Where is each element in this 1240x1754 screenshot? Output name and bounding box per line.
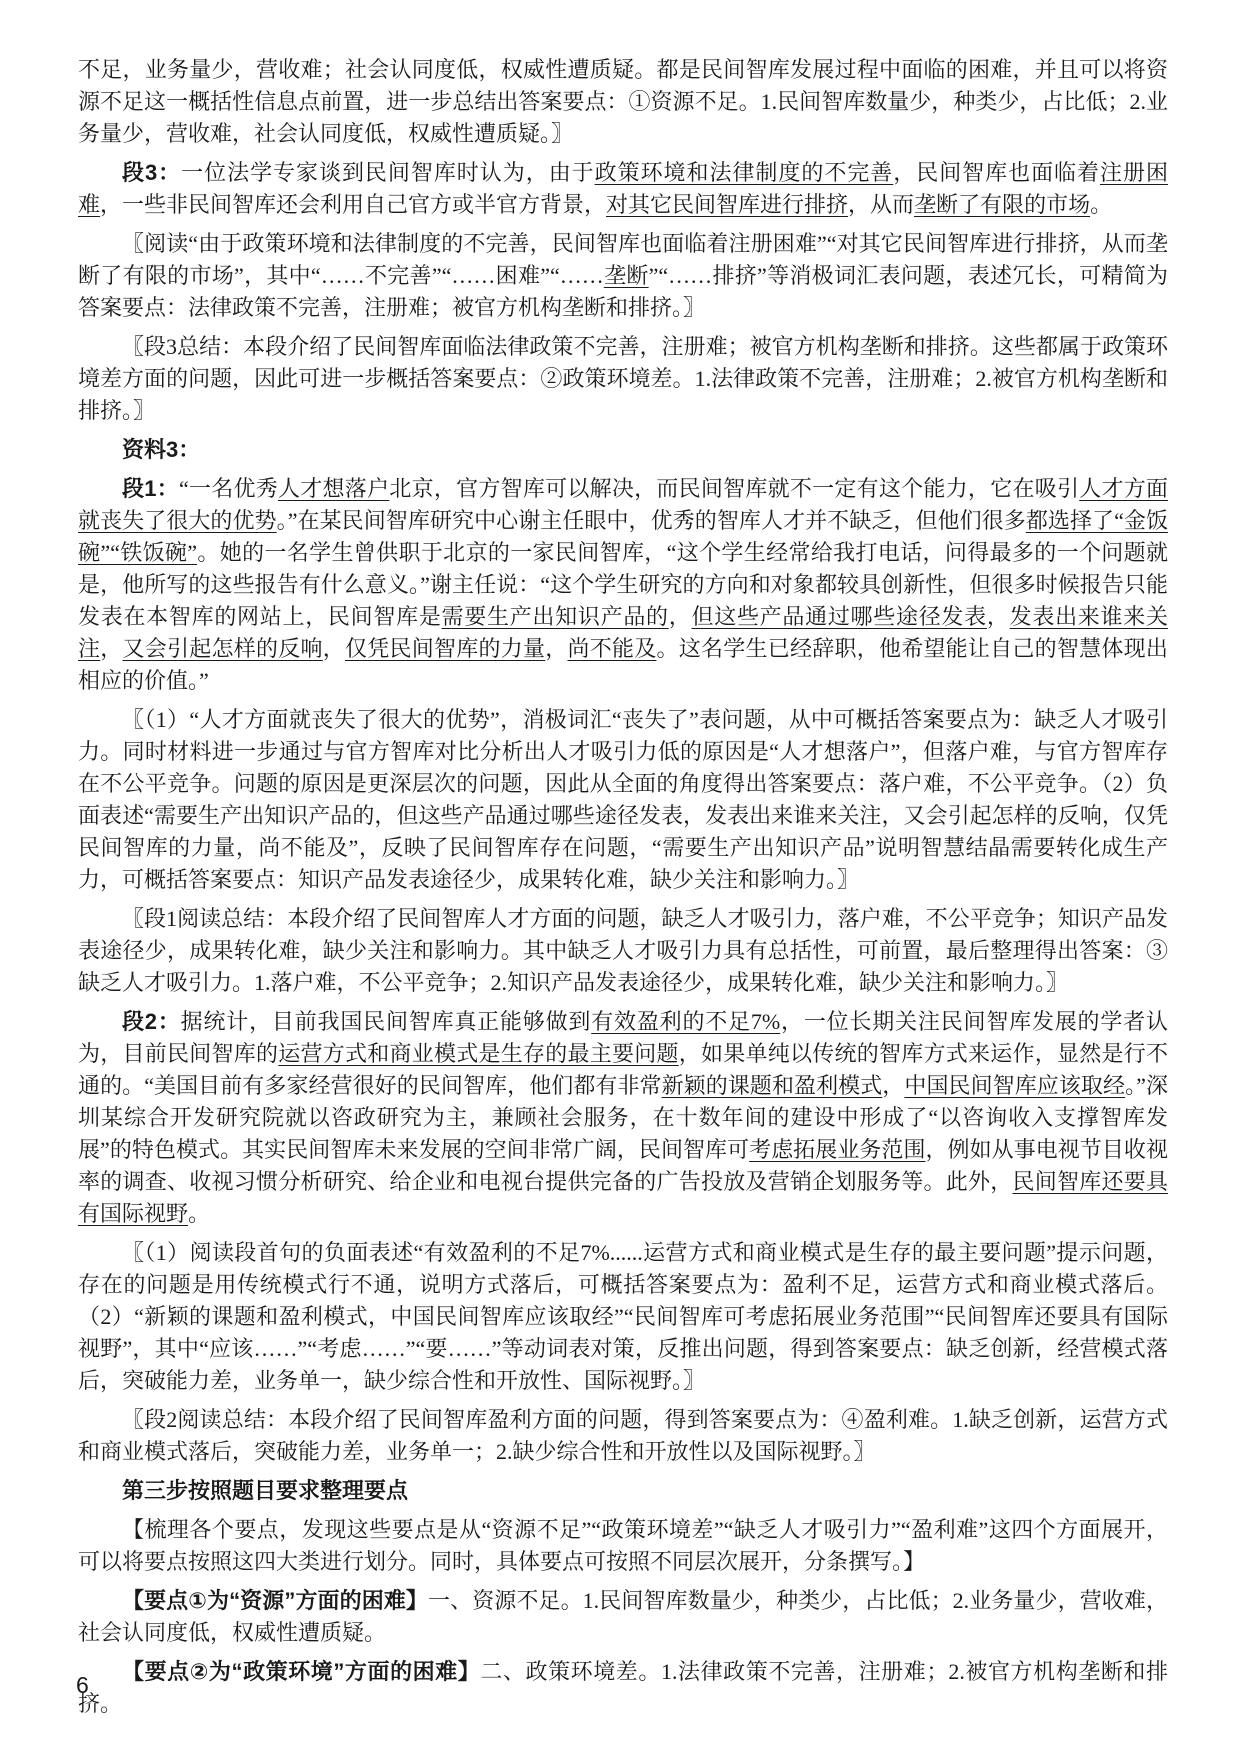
paragraph: 〖（1）阅读段首句的负面表述“有效盈利的不足7%......运营方式和商业模式是… <box>78 1237 1168 1397</box>
paragraph: 资料3： <box>78 434 1168 466</box>
underlined-run: 仅凭民间智库的力量 <box>345 636 545 661</box>
bold-run: 段3： <box>122 160 181 185</box>
underlined-run: 中国民间智库应该取经 <box>904 1073 1125 1098</box>
bold-run: 段1： <box>122 476 179 501</box>
text-run: “一名优秀 <box>179 476 278 501</box>
text-run: ， <box>100 636 122 661</box>
paragraph: 段2：据统计，目前我国民间智库真正能够做到有效盈利的不足7%，一位长期关注民间智… <box>78 1006 1168 1230</box>
paragraph: 〖（1）“人才方面就丧失了很大的优势”，消极词汇“丧失了”表问题，从中可概括答案… <box>78 704 1168 896</box>
underlined-run: 又会引起怎样的反响 <box>123 636 323 661</box>
page-number: 6 <box>76 1672 89 1699</box>
document-page: 不足，业务量少，营收难；社会认同度低，权威性遭质疑。都是民间智库发展过程中面临的… <box>0 0 1240 1754</box>
underlined-run: 但这些产品通过哪些途径发表 <box>692 604 987 629</box>
text-run: 〖（1）阅读段首句的负面表述“有效盈利的不足7%......运营方式和商业模式是… <box>78 1240 1168 1393</box>
underlined-run: 需要生产出知识产品的 <box>442 604 669 629</box>
text-run: 〖（1）“人才方面就丧失了很大的优势”，消极词汇“丧失了”表问题，从中可概括答案… <box>78 707 1168 892</box>
text-run: ， <box>545 636 567 661</box>
document-body: 不足，业务量少，营收难；社会认同度低，权威性遭质疑。都是民间智库发展过程中面临的… <box>78 54 1168 1727</box>
underlined-run: 政策环境和法律制度的不完善 <box>595 160 894 185</box>
paragraph: 〖段2阅读总结：本段介绍了民间智库盈利方面的问题，得到答案要点为：④盈利难。1.… <box>78 1404 1168 1468</box>
text-run: 不足，业务量少，营收难；社会认同度低，权威性遭质疑。都是民间智库发展过程中面临的… <box>78 57 1168 146</box>
underlined-run: 垄断了有限的市场 <box>914 192 1090 217</box>
underlined-run: 有效盈利的不足7% <box>591 1009 780 1034</box>
bold-run: 【要点①为“资源”方面的困难】 <box>122 1588 428 1613</box>
underlined-run: 对其它民间智库进行排挤 <box>606 192 848 217</box>
bold-run: 第三步按照题目要求整理要点 <box>122 1478 408 1503</box>
underlined-run: 人才想落户 <box>278 476 389 501</box>
text-run: ，一些非民间智库还会利用自己官方或半官方背景， <box>100 192 606 217</box>
text-run: ，民间智库也面临着 <box>893 160 1100 185</box>
paragraph: 【梳理各个要点，发现这些要点是从“资源不足”“政策环境差”“缺乏人才吸引力”“盈… <box>78 1514 1168 1578</box>
text-run: 〖段3总结：本段介绍了民间智库面临法律政策不完善，注册难；被官方机构垄断和排挤。… <box>78 334 1168 423</box>
underlined-run: 考虑拓展业务范围 <box>749 1137 925 1162</box>
text-run: 据统计，目前我国民间智库真正能够做到 <box>181 1009 592 1034</box>
text-run: ， <box>323 636 345 661</box>
text-run: ，从而 <box>848 192 914 217</box>
underlined-run: 垄断 <box>604 263 649 288</box>
text-run: ， <box>987 604 1010 629</box>
text-run: 。”在某民间智库研究中心谢主任眼中，优秀的智库人才并不缺乏，但他们很多 <box>277 508 1026 533</box>
bold-run: 【要点②为“政策环境”方面的困难】 <box>122 1659 480 1684</box>
paragraph: 【要点①为“资源”方面的困难】一、资源不足。1.民间智库数量少，种类少，占比低；… <box>78 1585 1168 1649</box>
paragraph: 〖段3总结：本段介绍了民间智库面临法律政策不完善，注册难；被官方机构垄断和排挤。… <box>78 331 1168 427</box>
underlined-run: 新颖的课题和盈利模式 <box>662 1073 883 1098</box>
section-heading: 第三步按照题目要求整理要点 <box>78 1475 1168 1507</box>
paragraph: 不足，业务量少，营收难；社会认同度低，权威性遭质疑。都是民间智库发展过程中面临的… <box>78 54 1168 150</box>
text-run: ， <box>882 1073 904 1098</box>
paragraph: 段1：“一名优秀人才想落户北京，官方智库可以解决，而民间智库就不一定有这个能力，… <box>78 473 1168 697</box>
underlined-run: 尚不能及 <box>567 636 656 661</box>
text-run: 【梳理各个要点，发现这些要点是从“资源不足”“政策环境差”“缺乏人才吸引力”“盈… <box>78 1517 1168 1574</box>
text-run: ， <box>669 604 692 629</box>
underlined-run: 运营方式和商业模式是生存的最主要问题 <box>278 1041 678 1066</box>
bold-run: 资料3： <box>122 437 200 462</box>
paragraph: 【要点②为“政策环境”方面的困难】二、政策环境差。1.法律政策不完善，注册难；2… <box>78 1656 1168 1720</box>
text-run: 〖段2阅读总结：本段介绍了民间智库盈利方面的问题，得到答案要点为：④盈利难。1.… <box>78 1407 1168 1464</box>
text-run: 一位法学专家谈到民间智库时认为，由于 <box>181 160 594 185</box>
paragraph: 〖阅读“由于政策环境和法律制度的不完善，民间智库也面临着注册困难”“对其它民间智… <box>78 228 1168 324</box>
text-run: 〖段1阅读总结：本段介绍了民间智库人才方面的问题，缺乏人才吸引力，落户难，不公平… <box>78 906 1168 995</box>
paragraph: 段3：一位法学专家谈到民间智库时认为，由于政策环境和法律制度的不完善，民间智库也… <box>78 157 1168 221</box>
bold-run: 段2： <box>122 1009 181 1034</box>
text-run: 。 <box>1090 192 1112 217</box>
paragraph: 〖段1阅读总结：本段介绍了民间智库人才方面的问题，缺乏人才吸引力，落户难，不公平… <box>78 903 1168 999</box>
text-run: 北京，官方智库可以解决，而民间智库就不一定有这个能力，它在吸引 <box>389 476 1079 501</box>
text-run: 。 <box>188 1201 210 1226</box>
